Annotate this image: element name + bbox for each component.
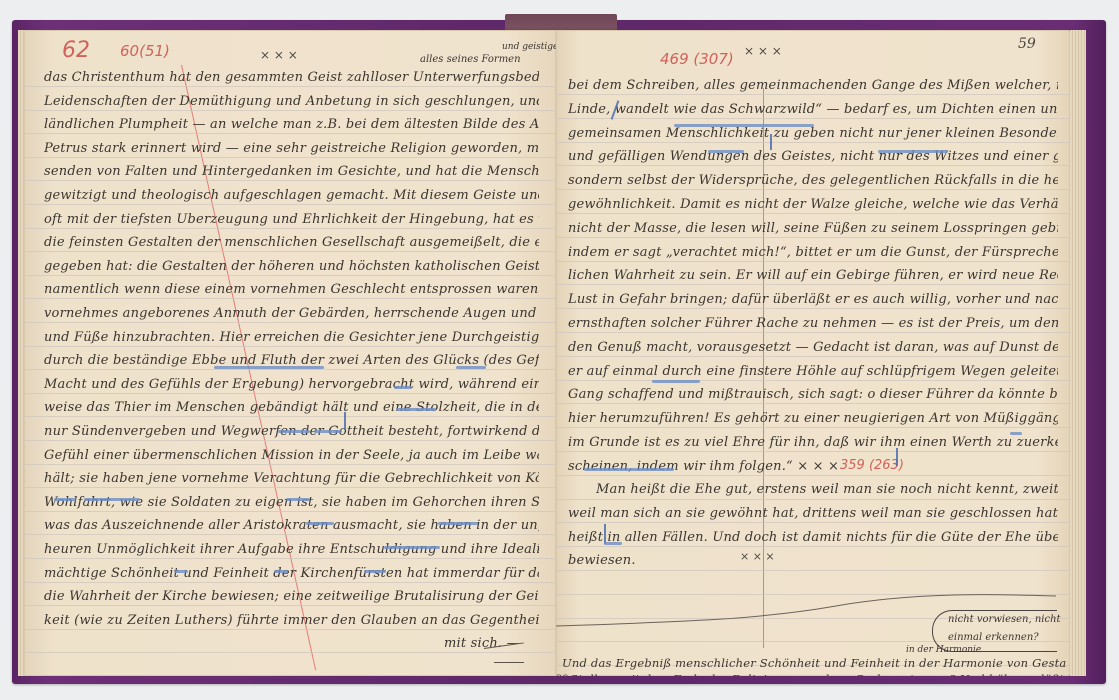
- right-manuscript-line: Gang schaffend und mißtrauisch, sich sag…: [568, 387, 1058, 402]
- ruled-line: [556, 427, 1070, 428]
- right-manuscript-line: bei dem Schreiben, alles gemeinmachenden…: [568, 78, 1058, 93]
- blue-insertion-mark: [770, 134, 772, 150]
- ruled-line: [556, 332, 1070, 333]
- blue-underline: [286, 498, 310, 501]
- left-manuscript-line: Gefühl einer übermenschlichen Mission in…: [44, 448, 539, 463]
- ruled-line: [24, 511, 556, 512]
- end-stroke: [494, 662, 524, 663]
- right-manuscript-line: Lust in Gefahr bringen; dafür überläßt e…: [568, 292, 1058, 307]
- right-manuscript-line: er auf einmal durch eine finstere Höhle …: [568, 364, 1058, 379]
- left-manuscript-line: Petrus stark erinnert wird — eine sehr g…: [44, 141, 539, 156]
- left-section-mark: × × ×: [260, 48, 298, 62]
- ruled-line: [556, 189, 1070, 190]
- blue-underline: [174, 570, 188, 573]
- ruled-line: [24, 298, 556, 299]
- ruled-line: [556, 308, 1070, 309]
- second-entry-number: 359 (263): [840, 458, 904, 473]
- second-entry-line: heißt in allen Fällen. Und doch ist dami…: [568, 530, 1058, 545]
- blue-underline: [54, 498, 76, 501]
- blue-underline: [274, 570, 288, 573]
- right-manuscript-line: scheinen, indem wir ihm folgen.“ × × ×: [568, 459, 1058, 474]
- ruled-line: [556, 94, 1070, 95]
- right-manuscript-line: ernsthaften solcher Führer Rache zu nehm…: [568, 316, 1058, 331]
- ruled-line: [556, 451, 1070, 452]
- left-manuscript-line: namentlich wenn diese einem vornehmen Ge…: [44, 282, 539, 297]
- ruled-line: [556, 237, 1070, 238]
- left-manuscript-line: Macht und des Gefühls der Ergebung) herv…: [44, 377, 539, 392]
- right-manuscript-line: gemeinsamen Menschlichkeit zu geben nich…: [568, 126, 1058, 141]
- margin-note-line-1: nicht vorwiesen, nicht: [948, 614, 1061, 625]
- blue-underline: [364, 570, 386, 573]
- blue-underline: [604, 542, 622, 545]
- left-manuscript-line: weise das Thier im Menschen gebändigt hä…: [44, 400, 539, 415]
- left-top-insertion-1: alles seines Formen: [420, 54, 521, 65]
- blue-underline: [674, 124, 814, 127]
- left-page: 62 60(51) × × × alles seines Formen und …: [24, 30, 556, 676]
- right-section-mark: × × ×: [744, 44, 782, 58]
- left-manuscript-line: vornehmes angeborenes Anmuth der Gebärde…: [44, 306, 539, 321]
- ruled-line: [556, 142, 1070, 143]
- left-top-insertion-2: und geistigen: [502, 42, 556, 52]
- second-entry-mark: × × ×: [740, 550, 775, 563]
- ruled-line: [556, 118, 1070, 119]
- blue-underline: [1010, 432, 1022, 435]
- left-manuscript-line: mächtige Schönheit und Feinheit der Kirc…: [44, 566, 539, 581]
- ruled-line: [556, 546, 1070, 547]
- left-manuscript-line: keit (wie zu Zeiten Luthers) führte imme…: [44, 613, 539, 628]
- left-manuscript-line: heuren Unmöglichkeit ihrer Aufgabe ihre …: [44, 542, 539, 557]
- left-manuscript-line: gewitzigt und theologisch aufgeschlagen …: [44, 188, 539, 203]
- left-manuscript-line: oft mit der tiefsten Überzeugung und Ehr…: [44, 212, 539, 227]
- left-manuscript-line: ländlichen Plumpheit — an welche man z.B…: [44, 117, 539, 132]
- left-manuscript-line: die Wahrheit der Kirche bewiesen; eine z…: [44, 589, 539, 604]
- ruled-line: [24, 133, 556, 134]
- ruled-line: [24, 110, 556, 111]
- ruled-line: [556, 499, 1070, 500]
- ruled-line: [556, 475, 1070, 476]
- ruled-line: [24, 440, 556, 441]
- page-footnote-number: 29: [556, 674, 569, 676]
- ruled-line: [24, 346, 556, 347]
- ruled-line: [24, 275, 556, 276]
- blue-underline: [652, 380, 700, 383]
- ruled-line: [556, 356, 1070, 357]
- blue-underline: [878, 150, 948, 153]
- ruled-line: [24, 393, 556, 394]
- second-entry-line: bewiesen.: [568, 553, 1058, 568]
- left-archive-numbering: 60(51): [120, 42, 170, 60]
- left-manuscript-line: und Füße hinzubrachten. Hier erreichen d…: [44, 330, 539, 345]
- blue-underline: [314, 430, 342, 433]
- ruled-line: [24, 652, 556, 653]
- right-manuscript-line: lichen Wahrheit zu sein. Er will auf ein…: [568, 268, 1058, 283]
- ruled-line: [556, 403, 1070, 404]
- ruled-line: [556, 213, 1070, 214]
- bottom-insertion: in der Harmonie: [906, 645, 981, 655]
- ruled-line: [24, 629, 556, 630]
- ruled-line: [556, 284, 1070, 285]
- blue-insertion-mark: [896, 448, 898, 466]
- blue-underline: [456, 366, 486, 369]
- ruled-line: [24, 582, 556, 583]
- ruled-line: [556, 261, 1070, 262]
- blue-underline: [396, 408, 436, 411]
- ruled-line: [24, 251, 556, 252]
- blue-underline: [394, 386, 412, 389]
- blue-underline: [278, 430, 310, 433]
- left-manuscript-line: das Christenthum hat den gesammten Geist…: [44, 70, 539, 85]
- ruled-line: [24, 369, 556, 370]
- ruled-line: [24, 228, 556, 229]
- ruled-line: [24, 157, 556, 158]
- right-manuscript-line: im Grunde ist es zu viel Ehre für ihn, d…: [568, 435, 1058, 450]
- blue-underline: [306, 522, 334, 525]
- ruled-line: [24, 464, 556, 465]
- right-folio-number: 59: [1018, 36, 1036, 52]
- blue-underline: [84, 498, 140, 501]
- blue-underline: [584, 468, 674, 471]
- blue-insertion-mark: [604, 524, 606, 544]
- right-manuscript-line: nicht der Masse, die lesen will, seine F…: [568, 221, 1058, 236]
- left-manuscript-line: die feinsten Gestalten der menschlichen …: [44, 235, 539, 250]
- blue-underline: [438, 522, 478, 525]
- left-manuscript-line: senden von Falten und Hintergedanken im …: [44, 164, 539, 179]
- ruled-line: [556, 165, 1070, 166]
- right-manuscript-line: den Genuß macht, vorausgesetzt — Gedacht…: [568, 340, 1058, 355]
- blue-underline: [214, 366, 324, 369]
- ruled-line: [24, 180, 556, 181]
- ruled-line: [24, 416, 556, 417]
- left-manuscript-line: hält; sie haben jene vornehme Verachtung…: [44, 471, 539, 486]
- ruled-line: [556, 570, 1070, 571]
- right-page-edges: [1070, 30, 1086, 676]
- blue-underline: [384, 546, 440, 549]
- ruled-line: [556, 522, 1070, 523]
- second-entry-line: weil man sich an sie gewöhnt hat, dritte…: [568, 506, 1058, 521]
- ruled-line: [24, 487, 556, 488]
- ruled-line: [556, 380, 1070, 381]
- right-archive-numbering: 469 (307): [660, 50, 734, 68]
- ruled-line: [24, 558, 556, 559]
- bottom-entry-line-1: Und das Ergebniß menschlicher Schönheit …: [562, 656, 1066, 670]
- left-manuscript-line: Leidenschaften der Demüthigung und Anbet…: [44, 94, 539, 109]
- right-manuscript-line: gewöhnlichkeit. Damit es nicht der Walze…: [568, 197, 1058, 212]
- right-manuscript-line: hier herumzuführen! Es gehört zu einer n…: [568, 411, 1058, 426]
- margin-note-line-2: einmal erkennen?: [948, 632, 1039, 643]
- bottom-entry-line-2: Stellen, mit dem Ende der Religionen, au…: [570, 672, 1066, 676]
- right-manuscript-line: Linde, wandelt wie das Schwarzwild“ — be…: [568, 102, 1058, 117]
- right-manuscript-line: sondern selbst der Widersprüche, des gel…: [568, 173, 1058, 188]
- ruled-line: [24, 86, 556, 87]
- ruled-line: [24, 534, 556, 535]
- left-folio-number: 62: [62, 38, 90, 63]
- right-manuscript-line: und gefälligen Wendungen des Geistes, ni…: [568, 149, 1058, 164]
- left-manuscript-line: gegeben hat: die Gestalten der höheren u…: [44, 259, 539, 274]
- blue-underline: [708, 150, 744, 153]
- ruled-line: [24, 605, 556, 606]
- second-entry-line: Man heißt die Ehe gut, erstens weil man …: [596, 482, 1058, 497]
- right-page: 59 469 (307) × × × bei dem Schreiben, al…: [556, 30, 1070, 676]
- ruled-line: [24, 204, 556, 205]
- left-manuscript-line: mit sich. —: [444, 636, 534, 651]
- blue-insertion-mark: [344, 412, 346, 430]
- right-manuscript-line: indem er sagt „verachtet mich!“, bittet …: [568, 245, 1058, 260]
- left-manuscript-line: was das Auszeichnende aller Aristokraten…: [44, 518, 539, 533]
- ruled-line: [24, 322, 556, 323]
